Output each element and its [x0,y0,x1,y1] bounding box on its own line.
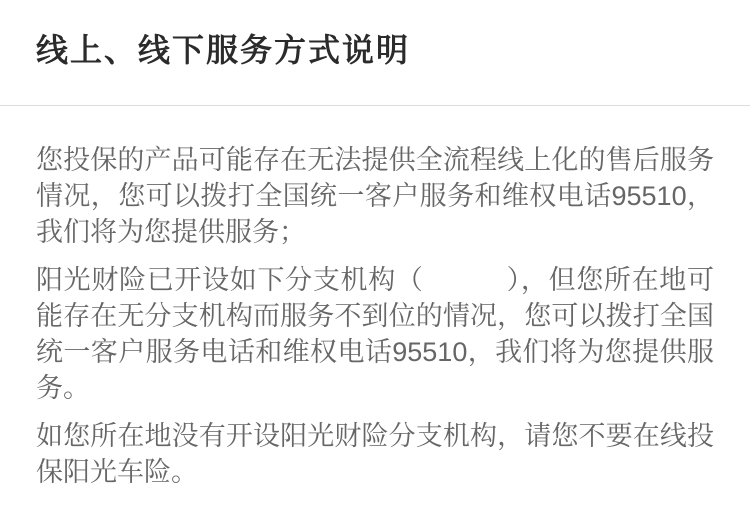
notice-paragraph-branches: 阳光财险已开设如下分支机构（ ），但您所在地可能存在无分支机构而服务不到位的情况… [36,262,714,406]
page-title: 线上、线下服务方式说明 [36,28,714,72]
notice-paragraph-hotline: 您投保的产品可能存在无法提供全流程线上化的售后服务情况，您可以拨打全国统一客户服… [36,142,714,250]
notice-paragraph-warning: 如您所在地没有开设阳光财险分支机构，请您不要在线投保阳光车险。 [36,418,714,490]
service-notice-page: 线上、线下服务方式说明 您投保的产品可能存在无法提供全流程线上化的售后服务情况，… [0,0,750,529]
notice-body: 您投保的产品可能存在无法提供全流程线上化的售后服务情况，您可以拨打全国统一客户服… [0,106,750,490]
page-header: 线上、线下服务方式说明 [0,0,750,105]
